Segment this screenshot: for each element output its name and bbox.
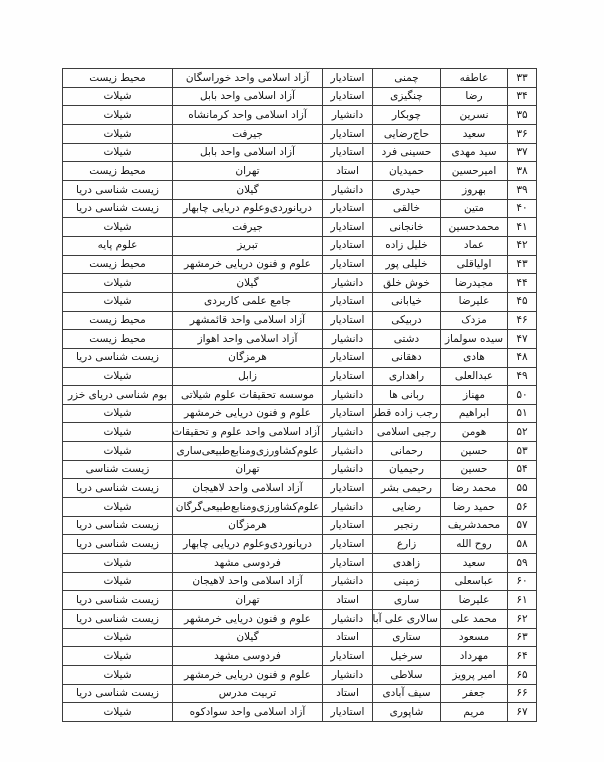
cell-row_number: ۴۳	[508, 255, 537, 274]
cell-row_number: ۳۴	[508, 87, 537, 106]
cell-rank: استادیار	[323, 199, 373, 218]
cell-last_name: خوش خلق	[373, 274, 441, 293]
cell-rank: دانشیار	[323, 274, 373, 293]
table-row: ۶۵امیر پرویزسلاطیدانشیارعلوم و فنون دریا…	[63, 666, 537, 685]
cell-first_name: سید مهدی	[441, 143, 508, 162]
cell-rank: دانشیار	[323, 442, 373, 461]
cell-university: تهران	[173, 162, 323, 181]
cell-university: دریانوردی‌وعلوم دریایی چابهار	[173, 535, 323, 554]
cell-university: علوم و فنون دریایی خرمشهر	[173, 610, 323, 629]
cell-rank: استاد	[323, 684, 373, 703]
table-row: ۵۷محمدشریفرنجبراستادیارهرمزگانزیست شناسی…	[63, 516, 537, 535]
cell-last_name: دهقانی	[373, 348, 441, 367]
cell-field: شیلات	[63, 423, 173, 442]
cell-rank: استاد	[323, 591, 373, 610]
document-page: ۳۳عاطفهچمنیاستادیارآزاد اسلامی واحد خورا…	[0, 0, 604, 762]
cell-field: زیست شناسی دریا	[63, 199, 173, 218]
cell-first_name: مریم	[441, 703, 508, 722]
cell-row_number: ۶۱	[508, 591, 537, 610]
cell-university: هرمزگان	[173, 348, 323, 367]
cell-rank: دانشیار	[323, 330, 373, 349]
cell-row_number: ۶۰	[508, 572, 537, 591]
cell-first_name: حسین	[441, 460, 508, 479]
cell-first_name: عماد	[441, 236, 508, 255]
cell-first_name: علیرضا	[441, 591, 508, 610]
table-row: ۵۵محمد رضارحیمی بشراستادیارآزاد اسلامی و…	[63, 479, 537, 498]
cell-last_name: رجب زاده قطرمی	[373, 404, 441, 423]
cell-first_name: محمدشریف	[441, 516, 508, 535]
cell-last_name: ربانی ها	[373, 386, 441, 405]
cell-field: بوم شناسی دریای خزر	[63, 386, 173, 405]
cell-last_name: رضایی	[373, 498, 441, 517]
cell-field: شیلات	[63, 218, 173, 237]
cell-university: جیرفت	[173, 124, 323, 143]
cell-university: علوم‌کشاورزی‌ومنابع‌طبیعی‌ساری	[173, 442, 323, 461]
cell-field: زیست شناسی دریا	[63, 516, 173, 535]
cell-rank: استادیار	[323, 236, 373, 255]
cell-last_name: خلیل زاده	[373, 236, 441, 255]
cell-row_number: ۶۳	[508, 628, 537, 647]
cell-last_name: راهداری	[373, 367, 441, 386]
cell-field: زیست شناسی	[63, 460, 173, 479]
cell-rank: دانشیار	[323, 460, 373, 479]
cell-last_name: خیابانی	[373, 292, 441, 311]
cell-first_name: مجیدرضا	[441, 274, 508, 293]
cell-row_number: ۴۶	[508, 311, 537, 330]
table-row: ۶۶جعفرسیف آبادیاستادتربیت مدرسزیست شناسی…	[63, 684, 537, 703]
cell-university: آزاد اسلامی واحد لاهیجان	[173, 479, 323, 498]
cell-last_name: شاپوری	[373, 703, 441, 722]
cell-last_name: حمیدیان	[373, 162, 441, 181]
cell-row_number: ۴۰	[508, 199, 537, 218]
cell-university: آزاد اسلامی واحد اهواز	[173, 330, 323, 349]
cell-last_name: ستاری	[373, 628, 441, 647]
cell-row_number: ۵۱	[508, 404, 537, 423]
cell-university: فردوسی مشهد	[173, 647, 323, 666]
cell-first_name: عباسعلی	[441, 572, 508, 591]
cell-first_name: عبدالعلی	[441, 367, 508, 386]
cell-last_name: سالاری علی آبادی	[373, 610, 441, 629]
cell-rank: استادیار	[323, 479, 373, 498]
table-row: ۴۸هادیدهقانیاستادیارهرمزگانزیست شناسی در…	[63, 348, 537, 367]
cell-university: تهران	[173, 460, 323, 479]
cell-university: هرمزگان	[173, 516, 323, 535]
cell-field: محیط زیست	[63, 311, 173, 330]
cell-rank: استادیار	[323, 647, 373, 666]
cell-field: محیط زیست	[63, 162, 173, 181]
cell-last_name: رجبی اسلامی	[373, 423, 441, 442]
faculty-table-body: ۳۳عاطفهچمنیاستادیارآزاد اسلامی واحد خورا…	[63, 69, 537, 722]
table-row: ۶۰عباسعلیزمینیدانشیارآزاد اسلامی واحد لا…	[63, 572, 537, 591]
cell-rank: استادیار	[323, 218, 373, 237]
cell-field: شیلات	[63, 554, 173, 573]
cell-row_number: ۴۸	[508, 348, 537, 367]
table-row: ۴۰متینخالقیاستادیاردریانوردی‌وعلوم دریای…	[63, 199, 537, 218]
cell-rank: دانشیار	[323, 666, 373, 685]
cell-row_number: ۵۴	[508, 460, 537, 479]
cell-university: تهران	[173, 591, 323, 610]
cell-row_number: ۶۶	[508, 684, 537, 703]
cell-field: زیست شناسی دریا	[63, 610, 173, 629]
cell-first_name: محمد رضا	[441, 479, 508, 498]
cell-last_name: سیف آبادی	[373, 684, 441, 703]
cell-university: تبریز	[173, 236, 323, 255]
cell-row_number: ۵۶	[508, 498, 537, 517]
cell-row_number: ۴۷	[508, 330, 537, 349]
cell-row_number: ۶۵	[508, 666, 537, 685]
cell-field: شیلات	[63, 87, 173, 106]
cell-university: جیرفت	[173, 218, 323, 237]
cell-field: شیلات	[63, 628, 173, 647]
cell-row_number: ۵۵	[508, 479, 537, 498]
cell-first_name: امیر پرویز	[441, 666, 508, 685]
cell-rank: دانشیار	[323, 180, 373, 199]
cell-row_number: ۶۴	[508, 647, 537, 666]
table-row: ۶۱علیرضاساریاستادتهرانزیست شناسی دریا	[63, 591, 537, 610]
cell-first_name: بهروز	[441, 180, 508, 199]
cell-first_name: سعید	[441, 124, 508, 143]
cell-university: آزاد اسلامی واحد لاهیجان	[173, 572, 323, 591]
cell-field: شیلات	[63, 442, 173, 461]
cell-last_name: ساری	[373, 591, 441, 610]
cell-last_name: حاج‌رضایی	[373, 124, 441, 143]
table-row: ۴۴مجیدرضاخوش خلقدانشیارگیلانشیلات	[63, 274, 537, 293]
cell-university: علوم و فنون دریایی خرمشهر	[173, 404, 323, 423]
cell-university: آزاد اسلامی واحد کرمانشاه	[173, 106, 323, 125]
cell-rank: دانشیار	[323, 610, 373, 629]
cell-field: شیلات	[63, 498, 173, 517]
cell-first_name: رضا	[441, 87, 508, 106]
cell-rank: دانشیار	[323, 386, 373, 405]
table-row: ۶۷مریمشاپوریاستادیارآزاد اسلامی واحد سوا…	[63, 703, 537, 722]
table-row: ۵۶حمید رضارضاییدانشیارعلوم‌کشاورزی‌ومناب…	[63, 498, 537, 517]
cell-last_name: سرخیل	[373, 647, 441, 666]
cell-first_name: مهناز	[441, 386, 508, 405]
cell-first_name: متین	[441, 199, 508, 218]
table-row: ۵۳حسینرحمانیدانشیارعلوم‌کشاورزی‌ومنابع‌ط…	[63, 442, 537, 461]
cell-field: شیلات	[63, 292, 173, 311]
table-row: ۵۹سعیدزاهدیاستادیارفردوسی مشهدشیلات	[63, 554, 537, 573]
cell-last_name: دشتی	[373, 330, 441, 349]
cell-field: شیلات	[63, 666, 173, 685]
cell-row_number: ۴۴	[508, 274, 537, 293]
cell-rank: استاد	[323, 162, 373, 181]
cell-university: علوم و فنون دریایی خرمشهر	[173, 255, 323, 274]
cell-university: موسسه تحقیقات علوم شیلاتی	[173, 386, 323, 405]
cell-rank: دانشیار	[323, 106, 373, 125]
table-row: ۳۷سید مهدیحسینی فرداستادیارآزاد اسلامی و…	[63, 143, 537, 162]
cell-first_name: هادی	[441, 348, 508, 367]
cell-field: شیلات	[63, 572, 173, 591]
cell-row_number: ۴۹	[508, 367, 537, 386]
cell-first_name: روح الله	[441, 535, 508, 554]
table-row: ۶۴مهردادسرخیلاستادیارفردوسی مشهدشیلات	[63, 647, 537, 666]
cell-first_name: سیده سولماز	[441, 330, 508, 349]
cell-last_name: چمنی	[373, 69, 441, 88]
table-row: ۴۹عبدالعلیراهداریاستادیارزابلشیلات	[63, 367, 537, 386]
cell-rank: استادیار	[323, 535, 373, 554]
cell-first_name: حسین	[441, 442, 508, 461]
table-row: ۳۵نسرینچوبکاردانشیارآزاد اسلامی واحد کرم…	[63, 106, 537, 125]
cell-first_name: ابراهیم	[441, 404, 508, 423]
cell-field: شیلات	[63, 647, 173, 666]
table-row: ۶۳مسعودستاریاستادگیلانشیلات	[63, 628, 537, 647]
table-row: ۴۶مزدکدربیکیاستادیارآزاد اسلامی واحد قائ…	[63, 311, 537, 330]
cell-last_name: زمینی	[373, 572, 441, 591]
cell-field: زیست شناسی دریا	[63, 535, 173, 554]
cell-university: فردوسی مشهد	[173, 554, 323, 573]
cell-university: گیلان	[173, 274, 323, 293]
cell-last_name: رحمانی	[373, 442, 441, 461]
cell-field: محیط زیست	[63, 255, 173, 274]
cell-last_name: حسینی فرد	[373, 143, 441, 162]
cell-rank: دانشیار	[323, 572, 373, 591]
table-row: ۳۳عاطفهچمنیاستادیارآزاد اسلامی واحد خورا…	[63, 69, 537, 88]
cell-row_number: ۳۹	[508, 180, 537, 199]
cell-university: آزاد اسلامی واحد بابل	[173, 143, 323, 162]
cell-field: علوم پایه	[63, 236, 173, 255]
cell-rank: استادیار	[323, 292, 373, 311]
cell-last_name: رحیمیان	[373, 460, 441, 479]
cell-rank: دانشیار	[323, 423, 373, 442]
cell-first_name: محمد علی	[441, 610, 508, 629]
cell-row_number: ۳۳	[508, 69, 537, 88]
cell-first_name: مسعود	[441, 628, 508, 647]
cell-field: زیست شناسی دریا	[63, 479, 173, 498]
table-row: ۳۹بهروزحیدریدانشیارگیلانزیست شناسی دریا	[63, 180, 537, 199]
table-row: ۵۴حسینرحیمیاندانشیارتهرانزیست شناسی	[63, 460, 537, 479]
cell-row_number: ۵۸	[508, 535, 537, 554]
cell-first_name: مهرداد	[441, 647, 508, 666]
cell-field: شیلات	[63, 367, 173, 386]
cell-row_number: ۳۸	[508, 162, 537, 181]
cell-rank: استادیار	[323, 367, 373, 386]
cell-field: زیست شناسی دریا	[63, 684, 173, 703]
cell-row_number: ۶۷	[508, 703, 537, 722]
cell-field: زیست شناسی دریا	[63, 180, 173, 199]
cell-last_name: رنجبر	[373, 516, 441, 535]
table-row: ۵۸روح اللهزارعاستادیاردریانوردی‌وعلوم در…	[63, 535, 537, 554]
cell-last_name: حیدری	[373, 180, 441, 199]
table-row: ۵۰مهنازربانی هادانشیارموسسه تحقیقات علوم…	[63, 386, 537, 405]
cell-row_number: ۵۰	[508, 386, 537, 405]
cell-field: شیلات	[63, 143, 173, 162]
cell-university: گیلان	[173, 180, 323, 199]
cell-university: آزاد اسلامی واحد سوادکوه	[173, 703, 323, 722]
cell-row_number: ۵۳	[508, 442, 537, 461]
cell-field: شیلات	[63, 274, 173, 293]
cell-rank: استادیار	[323, 516, 373, 535]
cell-university: آزاد اسلامی واحد قائمشهر	[173, 311, 323, 330]
cell-field: محیط زیست	[63, 69, 173, 88]
cell-university: آزاد اسلامی واحد علوم و تحقیقات	[173, 423, 323, 442]
cell-first_name: حمید رضا	[441, 498, 508, 517]
cell-university: جامع علمی کاربردی	[173, 292, 323, 311]
cell-row_number: ۵۲	[508, 423, 537, 442]
cell-row_number: ۵۹	[508, 554, 537, 573]
cell-row_number: ۴۱	[508, 218, 537, 237]
cell-row_number: ۴۵	[508, 292, 537, 311]
table-row: ۳۶سعیدحاج‌رضاییاستادیارجیرفتشیلات	[63, 124, 537, 143]
table-row: ۵۲هومنرجبی اسلامیدانشیارآزاد اسلامی واحد…	[63, 423, 537, 442]
cell-row_number: ۳۷	[508, 143, 537, 162]
cell-university: آزاد اسلامی واحد خوراسگان	[173, 69, 323, 88]
cell-first_name: علیرضا	[441, 292, 508, 311]
cell-first_name: نسرین	[441, 106, 508, 125]
cell-university: تربیت مدرس	[173, 684, 323, 703]
cell-row_number: ۳۶	[508, 124, 537, 143]
cell-last_name: چنگیزی	[373, 87, 441, 106]
cell-rank: استادیار	[323, 554, 373, 573]
cell-last_name: زارع	[373, 535, 441, 554]
cell-row_number: ۴۲	[508, 236, 537, 255]
cell-last_name: زاهدی	[373, 554, 441, 573]
cell-university: علوم و فنون دریایی خرمشهر	[173, 666, 323, 685]
cell-field: شیلات	[63, 106, 173, 125]
cell-last_name: خلیلی پور	[373, 255, 441, 274]
cell-rank: دانشیار	[323, 498, 373, 517]
cell-university: علوم‌کشاورزی‌ومنابع‌طبیعی‌گرگان	[173, 498, 323, 517]
cell-rank: استادیار	[323, 404, 373, 423]
cell-rank: استادیار	[323, 143, 373, 162]
table-row: ۵۱ابراهیمرجب زاده قطرمیاستادیارعلوم و فن…	[63, 404, 537, 423]
cell-rank: استادیار	[323, 703, 373, 722]
cell-field: زیست شناسی دریا	[63, 591, 173, 610]
table-row: ۴۳اولیاقلیخلیلی پوراستادیارعلوم و فنون د…	[63, 255, 537, 274]
cell-field: شیلات	[63, 703, 173, 722]
cell-first_name: اولیاقلی	[441, 255, 508, 274]
cell-first_name: سعید	[441, 554, 508, 573]
cell-field: محیط زیست	[63, 330, 173, 349]
cell-last_name: رحیمی بشر	[373, 479, 441, 498]
cell-first_name: محمدحسین	[441, 218, 508, 237]
cell-last_name: چوبکار	[373, 106, 441, 125]
cell-field: شیلات	[63, 124, 173, 143]
cell-rank: استادیار	[323, 87, 373, 106]
cell-first_name: عاطفه	[441, 69, 508, 88]
cell-first_name: جعفر	[441, 684, 508, 703]
cell-university: آزاد اسلامی واحد بابل	[173, 87, 323, 106]
cell-row_number: ۶۲	[508, 610, 537, 629]
cell-last_name: خالقی	[373, 199, 441, 218]
cell-rank: استادیار	[323, 69, 373, 88]
cell-row_number: ۵۷	[508, 516, 537, 535]
cell-university: گیلان	[173, 628, 323, 647]
cell-first_name: مزدک	[441, 311, 508, 330]
cell-last_name: سلاطی	[373, 666, 441, 685]
cell-rank: استادیار	[323, 124, 373, 143]
table-row: ۶۲محمد علیسالاری علی آبادیدانشیارعلوم و …	[63, 610, 537, 629]
cell-first_name: امیرحسین	[441, 162, 508, 181]
table-row: ۴۱محمدحسینخانجانیاستادیارجیرفتشیلات	[63, 218, 537, 237]
cell-field: زیست شناسی دریا	[63, 348, 173, 367]
cell-rank: استادیار	[323, 255, 373, 274]
cell-first_name: هومن	[441, 423, 508, 442]
cell-field: شیلات	[63, 404, 173, 423]
table-row: ۳۴رضاچنگیزیاستادیارآزاد اسلامی واحد بابل…	[63, 87, 537, 106]
cell-last_name: دربیکی	[373, 311, 441, 330]
cell-last_name: خانجانی	[373, 218, 441, 237]
table-row: ۴۷سیده سولمازدشتیدانشیارآزاد اسلامی واحد…	[63, 330, 537, 349]
cell-university: دریانوردی‌وعلوم دریایی چابهار	[173, 199, 323, 218]
cell-row_number: ۳۵	[508, 106, 537, 125]
cell-rank: استادیار	[323, 348, 373, 367]
table-row: ۴۲عمادخلیل زادهاستادیارتبریزعلوم پایه	[63, 236, 537, 255]
cell-rank: استادیار	[323, 311, 373, 330]
table-row: ۴۵علیرضاخیابانیاستادیارجامع علمی کاربردی…	[63, 292, 537, 311]
faculty-table: ۳۳عاطفهچمنیاستادیارآزاد اسلامی واحد خورا…	[62, 68, 537, 722]
cell-rank: استاد	[323, 628, 373, 647]
table-row: ۳۸امیرحسینحمیدیاناستادتهرانمحیط زیست	[63, 162, 537, 181]
cell-university: زابل	[173, 367, 323, 386]
